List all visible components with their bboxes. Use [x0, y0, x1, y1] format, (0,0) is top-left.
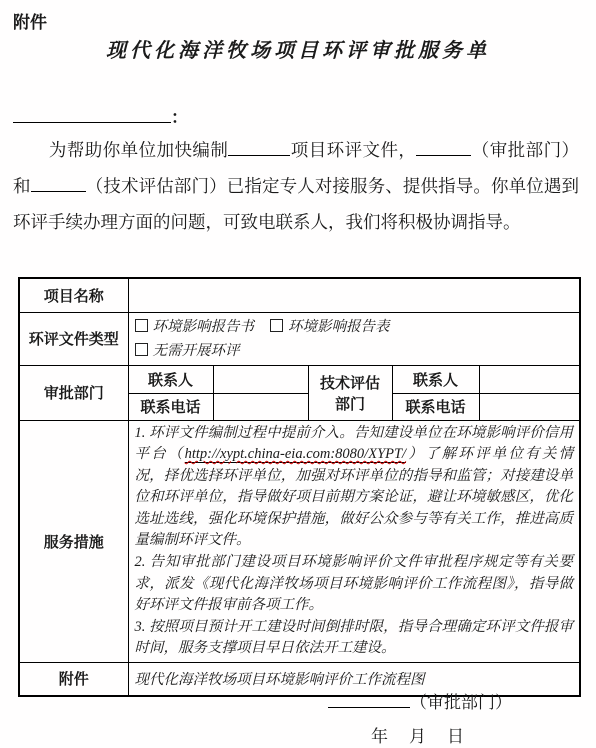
document-page: 附件 现代化海洋牧场项目环评审批服务单 ： 为帮助你单位加快编制项目环评文件，（… — [0, 0, 596, 748]
approval-dept-blank-field[interactable] — [416, 138, 471, 157]
approval-contact-label: 联系人 — [128, 365, 213, 393]
service-form-table: 项目名称 环评文件类型 环境影响报告书环境影响报告表 无需开展环评 审批部门 联… — [18, 277, 581, 697]
intro-paragraph: 为帮助你单位加快编制项目环评文件，（审批部门）和（技术评估部门）已指定专人对接服… — [13, 132, 579, 240]
salutation-line: ： — [13, 105, 188, 129]
signature-dept-blank-field[interactable] — [328, 690, 410, 708]
attachment-label: 附件 — [13, 8, 47, 33]
option-report-book-label: 环境影响报告书 — [153, 319, 255, 335]
tech-phone-label: 联系电话 — [392, 393, 479, 420]
service-item-3: 3. 按照项目预计开工建设时间倒排时限，指导合理确定环评文件报审时间，服务支撑项… — [135, 617, 574, 660]
intro-text-4: （技术评估部门）已指定专人对接服务、提供指导。你单位遇到环评手续办理方面的问题，… — [13, 176, 579, 232]
project-name-blank-field[interactable] — [228, 138, 290, 157]
salutation-colon: ： — [171, 108, 188, 127]
option-report-form-label: 环境影响报告表 — [288, 319, 390, 335]
signature-line: （审批部门） — [328, 688, 512, 713]
page-title: 现代化海洋牧场项目环评审批服务单 — [0, 34, 596, 63]
tech-contact-field[interactable] — [479, 365, 580, 393]
date-line: 年 月 日 — [371, 722, 466, 747]
intro-text-1: 为帮助你单位加快编制 — [49, 140, 228, 160]
option-no-eia[interactable]: 无需开展环评 — [135, 343, 240, 359]
tech-contact-label: 联系人 — [392, 365, 479, 393]
intro-text-2: 项目环评文件， — [290, 140, 416, 160]
project-name-label: 项目名称 — [19, 278, 128, 312]
checkbox-report-form-icon[interactable] — [270, 319, 283, 332]
tech-eval-dept-label: 技术评估部门 — [308, 365, 392, 420]
table-row-project-name: 项目名称 — [19, 278, 580, 312]
table-row-doc-type: 环评文件类型 环境影响报告书环境影响报告表 无需开展环评 — [19, 312, 580, 365]
option-report-form[interactable]: 环境影响报告表 — [270, 319, 390, 335]
approval-phone-label: 联系电话 — [128, 393, 213, 420]
attachment-row-label: 附件 — [19, 663, 128, 696]
approval-phone-field[interactable] — [213, 393, 308, 420]
service-measures-cell: 1. 环评文件编制过程中提前介入。告知建设单位在环境影响评价信用平台（http:… — [128, 420, 580, 663]
service-item-2: 2. 告知审批部门建设项目环境影响评价文件审批程序规定等有关要求，派发《现代化海… — [135, 552, 574, 617]
signature-dept-suffix: （审批部门） — [410, 693, 512, 712]
approval-contact-field[interactable] — [213, 365, 308, 393]
doc-type-options-cell: 环境影响报告书环境影响报告表 无需开展环评 — [128, 312, 580, 365]
service-measures-label: 服务措施 — [19, 420, 128, 663]
checkbox-no-eia-icon[interactable] — [135, 343, 148, 356]
option-no-eia-label: 无需开展环评 — [153, 343, 240, 359]
service-item-1: 1. 环评文件编制过程中提前介入。告知建设单位在环境影响评价信用平台（http:… — [135, 423, 574, 553]
table-row-approval-contact: 审批部门 联系人 技术评估部门 联系人 — [19, 365, 580, 393]
credit-platform-link[interactable]: http://xypt.china-eia.com:8080/XYPT/ — [185, 446, 407, 463]
approval-dept-label: 审批部门 — [19, 365, 128, 420]
option-report-book[interactable]: 环境影响报告书 — [135, 319, 255, 335]
tech-dept-blank-field[interactable] — [31, 174, 86, 193]
tech-phone-field[interactable] — [479, 393, 580, 420]
recipient-blank-field[interactable] — [13, 105, 171, 123]
checkbox-report-book-icon[interactable] — [135, 319, 148, 332]
table-row-service-measures: 服务措施 1. 环评文件编制过程中提前介入。告知建设单位在环境影响评价信用平台（… — [19, 420, 580, 663]
doc-type-label: 环评文件类型 — [19, 312, 128, 365]
project-name-field[interactable] — [128, 278, 580, 312]
